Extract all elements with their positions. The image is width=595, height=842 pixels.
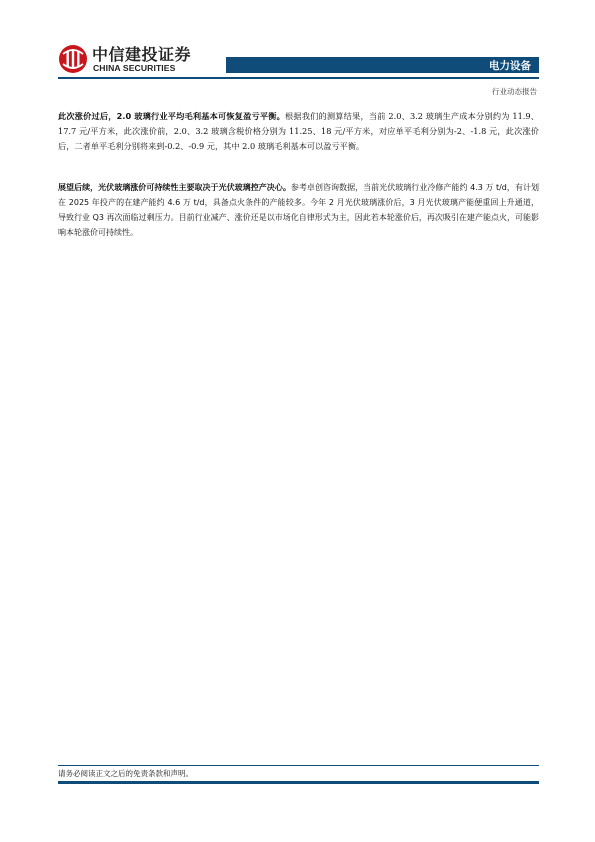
logo-english-name: CHINA SECURITIES [93, 63, 175, 73]
report-type-label: 行业动态报告 [492, 86, 537, 97]
header-divider [58, 77, 539, 79]
company-logo: 中信建投证券 CHINA SECURITIES [58, 42, 188, 76]
paragraph-lead: 展望后续，光伏玻璃涨价可持续性主要取决于光伏玻璃控产决心。 [58, 183, 291, 192]
footer-divider-bottom [58, 781, 539, 784]
citic-emblem-icon [58, 44, 88, 74]
paragraph-lead: 此次涨价过后，2.0 玻璃行业平均毛利基本可恢复盈亏平衡。 [58, 111, 285, 121]
sector-banner: 电力设备 [226, 57, 539, 73]
body-paragraph: 展望后续，光伏玻璃涨价可持续性主要取决于光伏玻璃控产决心。参考卓创咨询数据，当前… [58, 180, 539, 240]
sector-label: 电力设备 [489, 58, 531, 73]
footer-divider-top [58, 765, 539, 766]
body-paragraph: 此次涨价过后，2.0 玻璃行业平均毛利基本可恢复盈亏平衡。根据我们的测算结果，当… [58, 109, 539, 154]
logo-chinese-name: 中信建投证券 [92, 42, 191, 65]
footer-disclaimer: 请务必阅读正文之后的免责条款和声明。 [58, 768, 193, 779]
